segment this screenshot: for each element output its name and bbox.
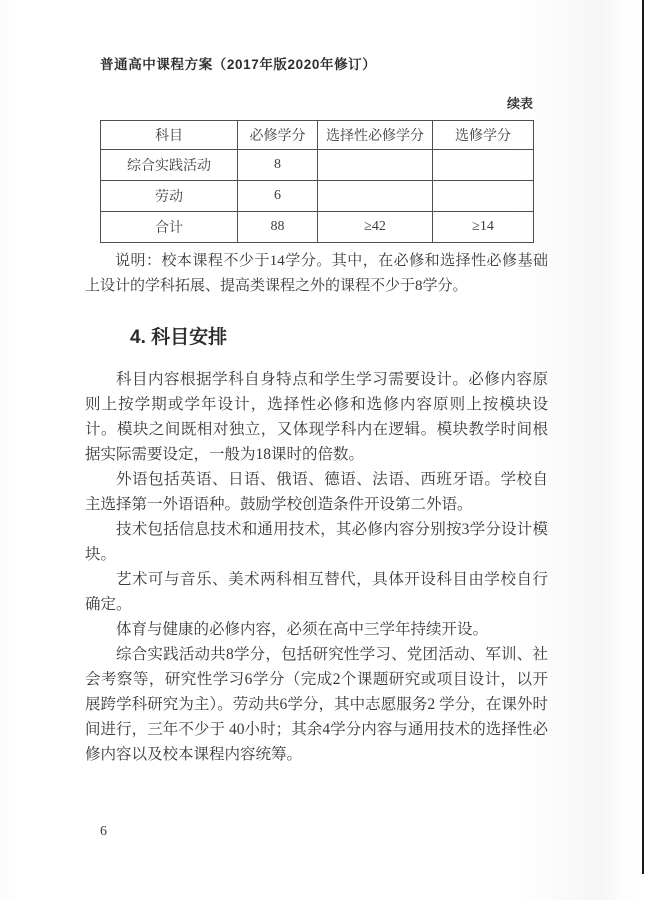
paragraph: 科目内容根据学科自身特点和学生学习需要设计。必修内容原则上按学期或学年设计，选择…	[85, 367, 548, 467]
paragraph: 技术包括信息技术和通用技术，其必修内容分别按3学分设计模块。	[85, 517, 548, 567]
table-cell	[433, 150, 534, 181]
table-row: 综合实践活动 8	[101, 150, 534, 181]
paragraph: 艺术可与音乐、美术两科相互替代，具体开设科目由学校自行确定。	[85, 567, 548, 617]
table-header-cell: 必修学分	[238, 121, 318, 150]
table-cell	[433, 181, 534, 212]
table-cell: 8	[238, 150, 318, 181]
running-header: 普通高中课程方案（2017年版2020年修订）	[100, 56, 645, 74]
table-cell: 合计	[101, 212, 238, 243]
paragraph: 综合实践活动共8学分，包括研究性学习、党团活动、军训、社会考察等，研究性学习6学…	[85, 642, 548, 767]
table-cell: 劳动	[101, 181, 238, 212]
table-row: 合计 88 ≥42 ≥14	[101, 212, 534, 243]
document-page: 普通高中课程方案（2017年版2020年修订） 续表 科目 必修学分 选择性必修…	[0, 0, 645, 900]
page-number: 6	[100, 824, 107, 840]
table-header-cell: 选择性必修学分	[318, 121, 433, 150]
table-note: 说明：校本课程不少于14学分。其中，在必修和选择性必修基础上设计的学科拓展、提高…	[85, 249, 548, 299]
credits-table: 科目 必修学分 选择性必修学分 选修学分 综合实践活动 8 劳动 6 合计 88…	[100, 120, 534, 243]
table-continuation-label: 续表	[100, 96, 533, 112]
table-row: 劳动 6	[101, 181, 534, 212]
table-header-cell: 选修学分	[433, 121, 534, 150]
section-body: 科目内容根据学科自身特点和学生学习需要设计。必修内容原则上按学期或学年设计，选择…	[0, 367, 645, 767]
table-cell: ≥14	[433, 212, 534, 243]
table-cell	[318, 181, 433, 212]
table-header-cell: 科目	[101, 121, 238, 150]
section-title: 4. 科目安排	[130, 325, 645, 351]
table-cell: 88	[238, 212, 318, 243]
table-cell: 综合实践活动	[101, 150, 238, 181]
paragraph: 外语包括英语、日语、俄语、德语、法语、西班牙语。学校自主选择第一外语语种。鼓励学…	[85, 467, 548, 517]
table-cell	[318, 150, 433, 181]
table-cell: ≥42	[318, 212, 433, 243]
table-header-row: 科目 必修学分 选择性必修学分 选修学分	[101, 121, 534, 150]
paragraph: 体育与健康的必修内容，必须在高中三学年持续开设。	[85, 617, 548, 642]
scan-edge-line	[642, 0, 644, 874]
table-cell: 6	[238, 181, 318, 212]
